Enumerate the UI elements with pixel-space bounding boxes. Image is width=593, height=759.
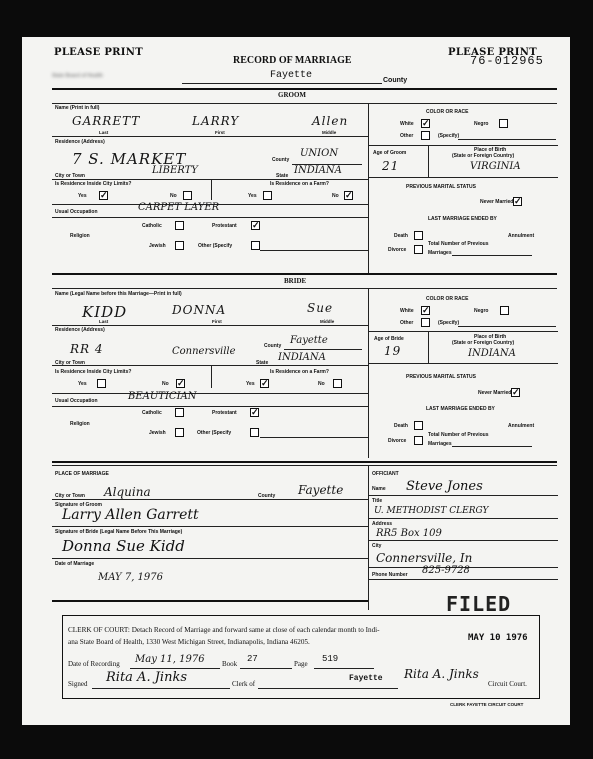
specify-label: (Specify) <box>438 133 459 139</box>
bride-never-married-checkbox[interactable]: ✓ <box>511 388 520 397</box>
bride-catholic-checkbox[interactable] <box>175 408 184 417</box>
place-of-marriage-label: PLACE OF MARRIAGE <box>55 471 109 477</box>
death-label: Death <box>394 423 408 429</box>
divider <box>368 331 558 332</box>
divider <box>368 518 558 519</box>
bride-first-name: DONNA <box>172 303 226 317</box>
divider <box>52 600 368 602</box>
bride-name-label: Name (Legal Name before this Marriage—Pr… <box>55 291 182 297</box>
divider <box>52 406 368 407</box>
never-married-label: Never Married <box>480 199 513 205</box>
underline <box>260 437 368 438</box>
religion-label: Religion <box>70 421 90 427</box>
divider <box>368 540 558 541</box>
filed-date-stamp: MAY 10 1976 <box>468 633 528 643</box>
catholic-label: Catholic <box>142 223 162 229</box>
groom-divorce-checkbox[interactable] <box>414 245 423 254</box>
divider <box>211 366 212 388</box>
divider <box>368 465 369 610</box>
city-limits-question: Is Residence Inside City Limits? <box>55 181 131 187</box>
officiant-phone: 825-9728 <box>422 565 470 576</box>
bride-farm-yes-checkbox[interactable]: ✓ <box>260 379 269 388</box>
clerk-footer-stamp: CLERK FAYETTE CIRCUIT COURT <box>450 702 523 707</box>
bride-age: 19 <box>384 344 401 358</box>
county-label: County <box>383 77 407 84</box>
specify-label: (Specify) <box>438 320 459 326</box>
signed-label: Signed <box>68 680 87 688</box>
underline <box>284 349 362 350</box>
bride-county: Fayette <box>290 335 328 346</box>
yes-label: Yes <box>78 381 87 387</box>
yes-label: Yes <box>78 193 87 199</box>
underline <box>458 326 556 327</box>
divider <box>52 365 368 366</box>
bride-jewish-checkbox[interactable] <box>175 428 184 437</box>
occupation-label: Usual Occupation <box>55 209 98 215</box>
page-number: 519 <box>322 654 338 664</box>
divider <box>52 217 368 218</box>
bride-city: Connersville <box>172 346 236 357</box>
bride-divorce-checkbox[interactable] <box>414 436 423 445</box>
marriage-city: Alquina <box>104 485 151 499</box>
divorce-label: Divorce <box>388 438 406 444</box>
last-marriage-label: LAST MARRIAGE ENDED BY <box>426 406 495 412</box>
officiant-city-label: City <box>372 543 381 549</box>
never-married-label: Never Married <box>478 390 511 396</box>
protestant-label: Protestant <box>212 410 237 416</box>
underline <box>452 446 532 447</box>
divorce-label: Divorce <box>388 247 406 253</box>
clerk-instructions-line-1: CLERK OF COURT: Detach Record of Marriag… <box>68 626 380 634</box>
bride-address: RR 4 <box>70 342 104 356</box>
county-underline <box>182 83 382 84</box>
date-of-marriage-label: Date of Marriage <box>55 561 94 567</box>
marriage-county: Fayette <box>298 483 343 497</box>
color-race-label: COLOR OR RACE <box>426 109 469 115</box>
middle-label: Middle <box>320 319 334 324</box>
jewish-label: Jewish <box>149 430 166 436</box>
signed-by-signature: Rita A. Jinks <box>106 670 187 685</box>
religion-label: Religion <box>70 233 90 239</box>
clerk-signature: Rita A. Jinks <box>404 667 479 681</box>
white-label: White <box>400 308 414 314</box>
divider <box>368 363 558 364</box>
groom-occupation: CARPET LAYER <box>138 202 219 213</box>
catholic-label: Catholic <box>142 410 162 416</box>
marriages-label: Marriages <box>428 250 452 256</box>
annulment-label: Annulment <box>508 423 534 429</box>
circuit-court-label: Circuit Court. <box>488 680 527 688</box>
underline <box>452 255 532 256</box>
book-number: 27 <box>247 654 258 664</box>
groom-other-religion-checkbox[interactable] <box>251 241 260 250</box>
divider <box>52 288 557 289</box>
recording-date-label: Date of Recording <box>68 660 120 668</box>
bride-city-limits-yes-checkbox[interactable] <box>97 379 106 388</box>
bride-protestant-checkbox[interactable]: ✓ <box>250 408 259 417</box>
clerk-instructions-line-2: ana State Board of Health, 1330 West Mic… <box>68 638 310 646</box>
no-label: No <box>162 381 169 387</box>
marriages-label: Marriages <box>428 441 452 447</box>
negro-label: Negro <box>474 121 488 127</box>
occupation-label: Usual Occupation <box>55 398 98 404</box>
divider <box>368 103 369 273</box>
last-marriage-label: LAST MARRIAGE ENDED BY <box>428 216 497 222</box>
groom-residence-label: Residence (Address) <box>55 139 105 145</box>
groom-city-limits-no-checkbox[interactable] <box>183 191 192 200</box>
jewish-label: Jewish <box>149 243 166 249</box>
underline <box>314 668 374 669</box>
color-race-label: COLOR OR RACE <box>426 296 469 302</box>
divider <box>52 393 368 394</box>
divider <box>428 145 429 177</box>
bride-birthplace: INDIANA <box>468 348 516 359</box>
farm-question: Is Residence on a Farm? <box>270 369 329 375</box>
last-label: Last <box>99 130 108 135</box>
city-limits-question: Is Residence Inside City Limits? <box>55 369 131 375</box>
divider <box>52 465 557 466</box>
groom-last-name: GARRETT <box>72 114 140 128</box>
groom-death-checkbox[interactable] <box>414 231 423 240</box>
divider <box>368 177 558 178</box>
last-label: Last <box>99 319 108 324</box>
age-label: Age of Groom <box>373 150 406 156</box>
bride-city-limits-no-checkbox[interactable]: ✓ <box>176 379 185 388</box>
death-label: Death <box>394 233 408 239</box>
other-race-label: Other <box>400 133 413 139</box>
bride-signature-label: Signature of Bride (Legal Name Before Th… <box>55 529 182 535</box>
bride-residence-label: Residence (Address) <box>55 327 105 333</box>
total-previous-label: Total Number of Previous <box>428 241 488 247</box>
divider <box>52 526 368 527</box>
divider <box>368 495 558 496</box>
please-print-left: PLEASE PRINT <box>54 47 143 58</box>
divider <box>368 145 558 146</box>
other-religion-label: Other (Specify <box>198 243 232 249</box>
groom-city: LIBERTY <box>152 165 198 176</box>
yes-label: Yes <box>246 381 255 387</box>
other-race-label: Other <box>400 320 413 326</box>
divider <box>428 331 429 363</box>
groom-other-race-checkbox[interactable] <box>421 131 430 140</box>
recording-date: May 11, 1976 <box>135 654 205 665</box>
divider <box>52 558 368 559</box>
groom-section-title: GROOM <box>278 91 306 99</box>
divider <box>52 179 368 180</box>
officiant-title-label: Title <box>372 498 382 504</box>
groom-jewish-checkbox[interactable] <box>175 241 184 250</box>
divider <box>211 180 212 200</box>
underline <box>240 668 292 669</box>
county-label: County <box>272 157 289 163</box>
bride-other-race-checkbox[interactable] <box>421 318 430 327</box>
officiant-address: RR5 Box 109 <box>376 528 442 539</box>
protestant-label: Protestant <box>212 223 237 229</box>
birthplace-sub-label: (State or Foreign Country) <box>452 340 514 346</box>
groom-first-name: LARRY <box>192 114 239 128</box>
white-label: White <box>400 121 414 127</box>
age-label: Age of Bride <box>374 336 404 342</box>
officiant-name-label: Name <box>372 486 386 492</box>
groom-farm-no-checkbox[interactable]: ✓ <box>344 191 353 200</box>
divider <box>368 288 369 458</box>
page-label: Page <box>294 660 308 668</box>
county-label: County <box>264 343 281 349</box>
divider <box>368 579 558 580</box>
no-label: No <box>170 193 177 199</box>
underline <box>258 688 398 689</box>
negro-label: Negro <box>474 308 488 314</box>
bride-negro-checkbox[interactable] <box>500 306 509 315</box>
bride-death-checkbox[interactable] <box>414 421 423 430</box>
county-value: Fayette <box>270 70 312 81</box>
underline <box>92 688 230 689</box>
divider <box>52 325 368 326</box>
bride-section-title: BRIDE <box>284 277 306 285</box>
phone-label: Phone Number <box>372 572 408 578</box>
underline <box>260 250 368 251</box>
groom-never-married-checkbox[interactable]: ✓ <box>513 197 522 206</box>
book-label: Book <box>222 660 237 668</box>
groom-county: UNION <box>300 148 338 159</box>
bride-middle-name: Sue <box>307 301 333 315</box>
no-label: No <box>318 381 325 387</box>
marriage-date: MAY 7, 1976 <box>98 572 163 583</box>
certificate-number: 76-012965 <box>470 54 544 68</box>
bride-signature: Donna Sue Kidd <box>62 537 185 555</box>
officiant-label: OFFICIANT <box>372 471 399 477</box>
first-label: First <box>215 130 225 135</box>
officiant-address-label: Address <box>372 521 392 527</box>
no-label: No <box>332 193 339 199</box>
divider <box>52 273 557 275</box>
divider <box>52 103 557 104</box>
underline <box>458 139 556 140</box>
bride-state: INDIANA <box>278 352 326 363</box>
bride-white-checkbox[interactable]: ✓ <box>421 306 430 315</box>
divider <box>52 461 557 463</box>
officiant-city: Connersville, In <box>376 551 472 565</box>
groom-middle-name: Allen <box>312 114 348 128</box>
other-religion-label: Other (Specify <box>197 430 231 436</box>
previous-status-label: PREVIOUS MARITAL STATUS <box>406 184 476 190</box>
groom-age: 21 <box>382 159 399 173</box>
marriage-record-form: PLEASE PRINT RECORD OF MARRIAGE PLEASE P… <box>22 37 570 725</box>
groom-birthplace: VIRGINIA <box>470 161 521 172</box>
form-title: RECORD OF MARRIAGE <box>233 55 352 66</box>
redacted-label: State Board of Health <box>52 73 103 79</box>
clerk-county: Fayette <box>349 674 383 683</box>
bride-other-religion-checkbox[interactable] <box>250 428 259 437</box>
officiant-title: U. METHODIST CLERGY <box>374 506 488 516</box>
underline <box>130 668 220 669</box>
groom-negro-checkbox[interactable] <box>499 119 508 128</box>
groom-city-limits-yes-checkbox[interactable]: ✓ <box>99 191 108 200</box>
yes-label: Yes <box>248 193 257 199</box>
previous-status-label: PREVIOUS MARITAL STATUS <box>406 374 476 380</box>
officiant-name: Steve Jones <box>406 479 483 494</box>
groom-name-label: Name (Print in full) <box>55 105 99 111</box>
groom-state: INDIANA <box>294 165 342 176</box>
groom-farm-yes-checkbox[interactable] <box>263 191 272 200</box>
groom-white-checkbox[interactable]: ✓ <box>421 119 430 128</box>
filed-stamp: FILED <box>446 592 511 616</box>
groom-catholic-checkbox[interactable] <box>175 221 184 230</box>
divider <box>52 499 368 500</box>
middle-label: Middle <box>322 130 336 135</box>
annulment-label: Annulment <box>508 233 534 239</box>
first-label: First <box>212 319 222 324</box>
groom-signature: Larry Allen Garrett <box>62 507 199 523</box>
total-previous-label: Total Number of Previous <box>428 432 488 438</box>
groom-protestant-checkbox[interactable]: ✓ <box>251 221 260 230</box>
bride-occupation: BEAUTICIAN <box>128 391 197 402</box>
divider <box>52 88 557 90</box>
divider <box>52 136 368 137</box>
clerk-of-label: Clerk of <box>232 680 255 688</box>
farm-question: Is Residence on a Farm? <box>270 181 329 187</box>
birthplace-sub-label: (State or Foreign Country) <box>452 153 514 159</box>
bride-farm-no-checkbox[interactable] <box>333 379 342 388</box>
